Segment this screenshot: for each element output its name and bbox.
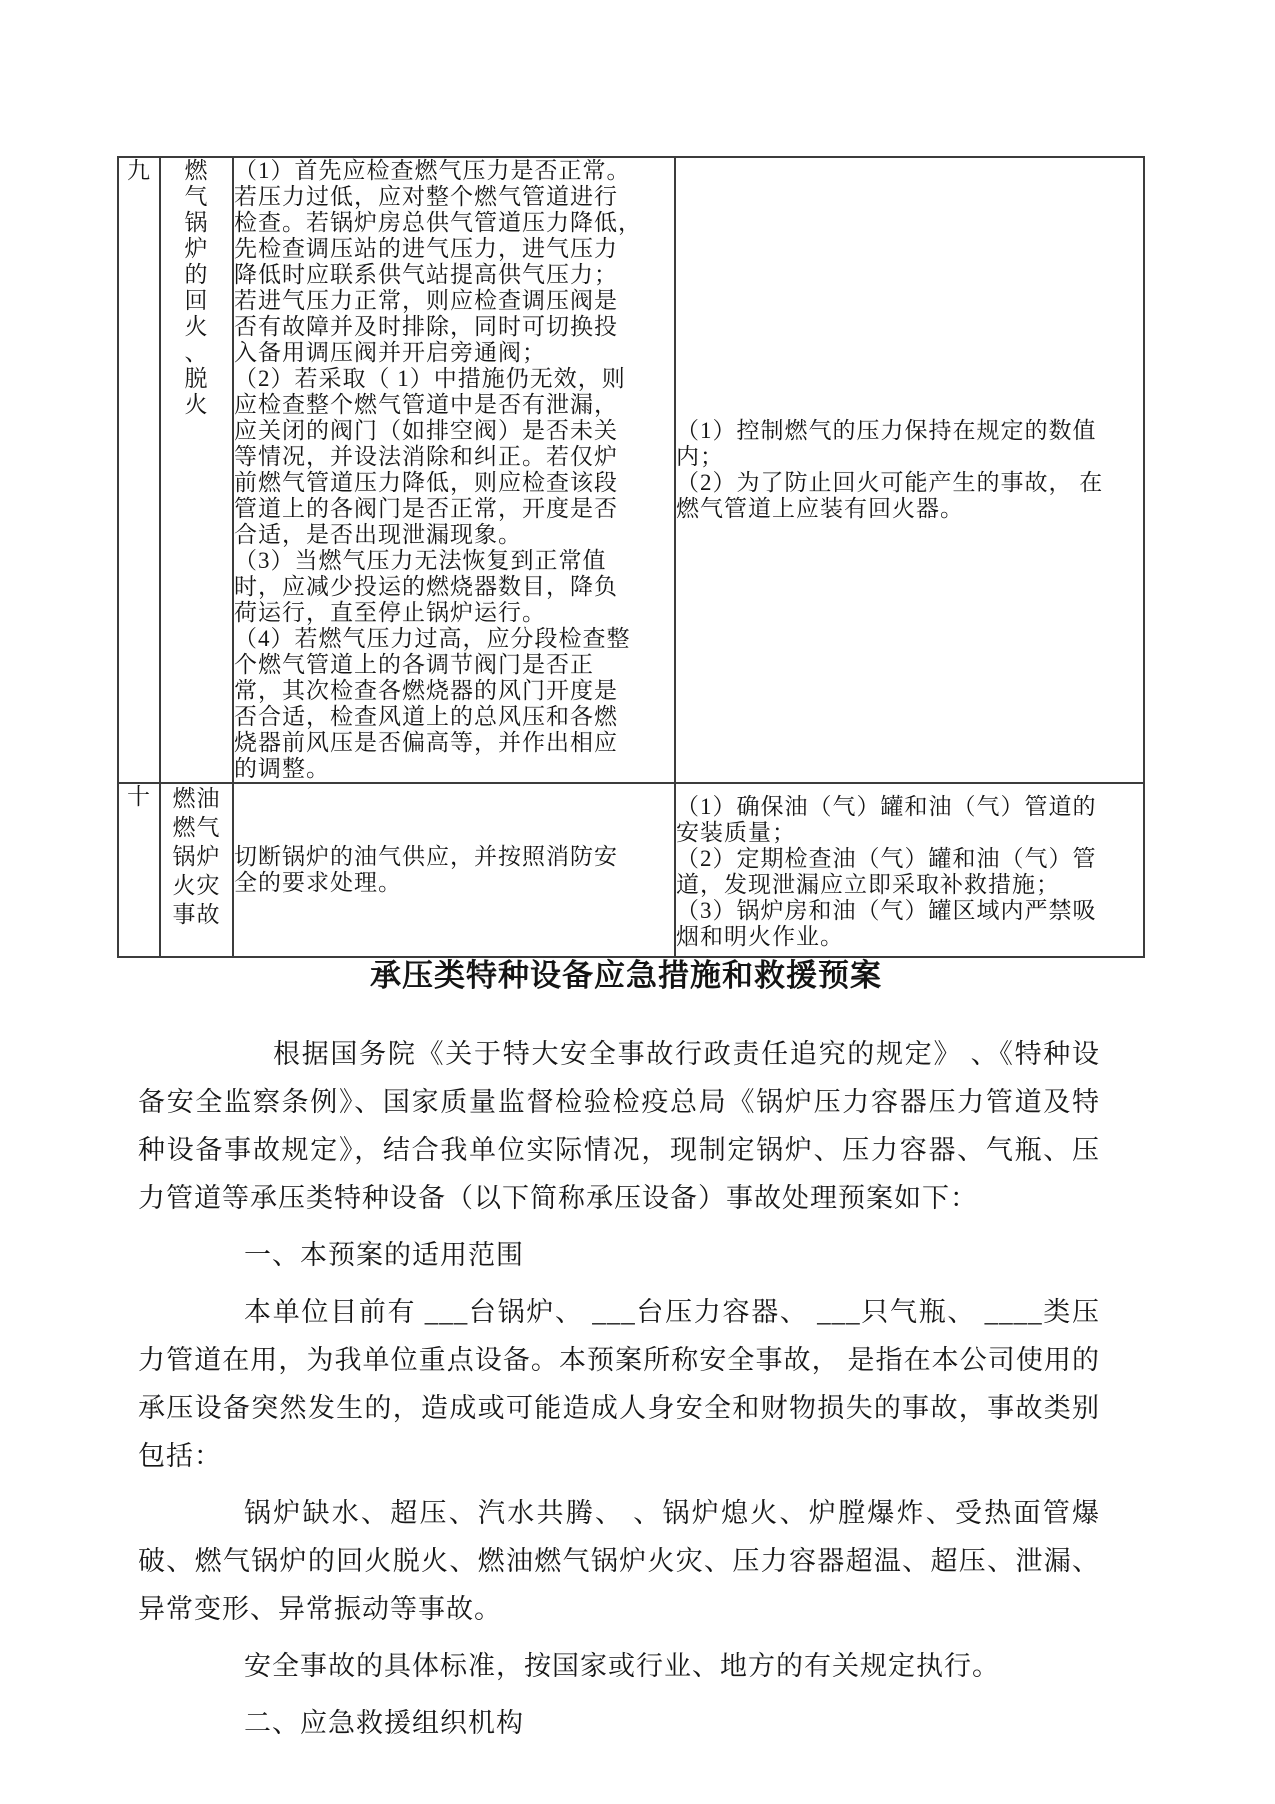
prevention-measures-cell: （1）控制燃气的压力保持在规定的数值 内； （2）为了防止回火可能产生的事故， … (675, 157, 1144, 783)
prevention-measures-cell: （1）确保油（气）罐和油（气）管道的 安装质量； （2）定期检查油（气）罐和油（… (675, 783, 1144, 957)
paragraph-section-one-heading: 一、本预案的适用范围 (138, 1231, 1100, 1279)
page-title: 承压类特种设备应急措施和救援预案 (117, 950, 1135, 995)
table-row: 十 燃油 燃气 锅炉 火灾 事故 切断锅炉的油气供应，并按照消防安 全的要求处理… (118, 783, 1144, 957)
paragraph-section-two-heading: 二、应急救援组织机构 (138, 1699, 1100, 1747)
row-number-cell: 十 (118, 783, 160, 957)
table-row: 九 燃 气 锅 炉 的 回 火 、 脱 火 （1）首先应检查燃气压力是否正常。 … (118, 157, 1144, 783)
emergency-measures-table: 九 燃 气 锅 炉 的 回 火 、 脱 火 （1）首先应检查燃气压力是否正常。 … (117, 156, 1145, 958)
paragraph-accident-types: 锅炉缺水、超压、汽水共腾、 、锅炉熄火、炉膛爆炸、受热面管爆破、燃气锅炉的回火脱… (138, 1489, 1100, 1633)
paragraph-scope: 本单位目前有 ___台锅炉、 ___台压力容器、 ___只气瓶、 ____类压力… (138, 1288, 1100, 1480)
paragraph-basis: 根据国务院《关于特大安全事故行政责任追究的规定》 、《特种设备安全监察条例》、国… (138, 1030, 1100, 1222)
paragraph-standards: 安全事故的具体标准，按国家或行业、地方的有关规定执行。 (138, 1642, 1100, 1690)
row-number-cell: 九 (118, 157, 160, 783)
accident-type-cell: 燃 气 锅 炉 的 回 火 、 脱 火 (160, 157, 233, 783)
accident-type-cell: 燃油 燃气 锅炉 火灾 事故 (160, 783, 233, 957)
document-page: 九 燃 气 锅 炉 的 回 火 、 脱 火 （1）首先应检查燃气压力是否正常。 … (0, 0, 1275, 1804)
document-body: 根据国务院《关于特大安全事故行政责任追究的规定》 、《特种设备安全监察条例》、国… (138, 1030, 1100, 1756)
emergency-measures-cell: （1）首先应检查燃气压力是否正常。 若压力过低，应对整个燃气管道进行 检查。若锅… (233, 157, 675, 783)
emergency-measures-cell: 切断锅炉的油气供应，并按照消防安 全的要求处理。 (233, 783, 675, 957)
